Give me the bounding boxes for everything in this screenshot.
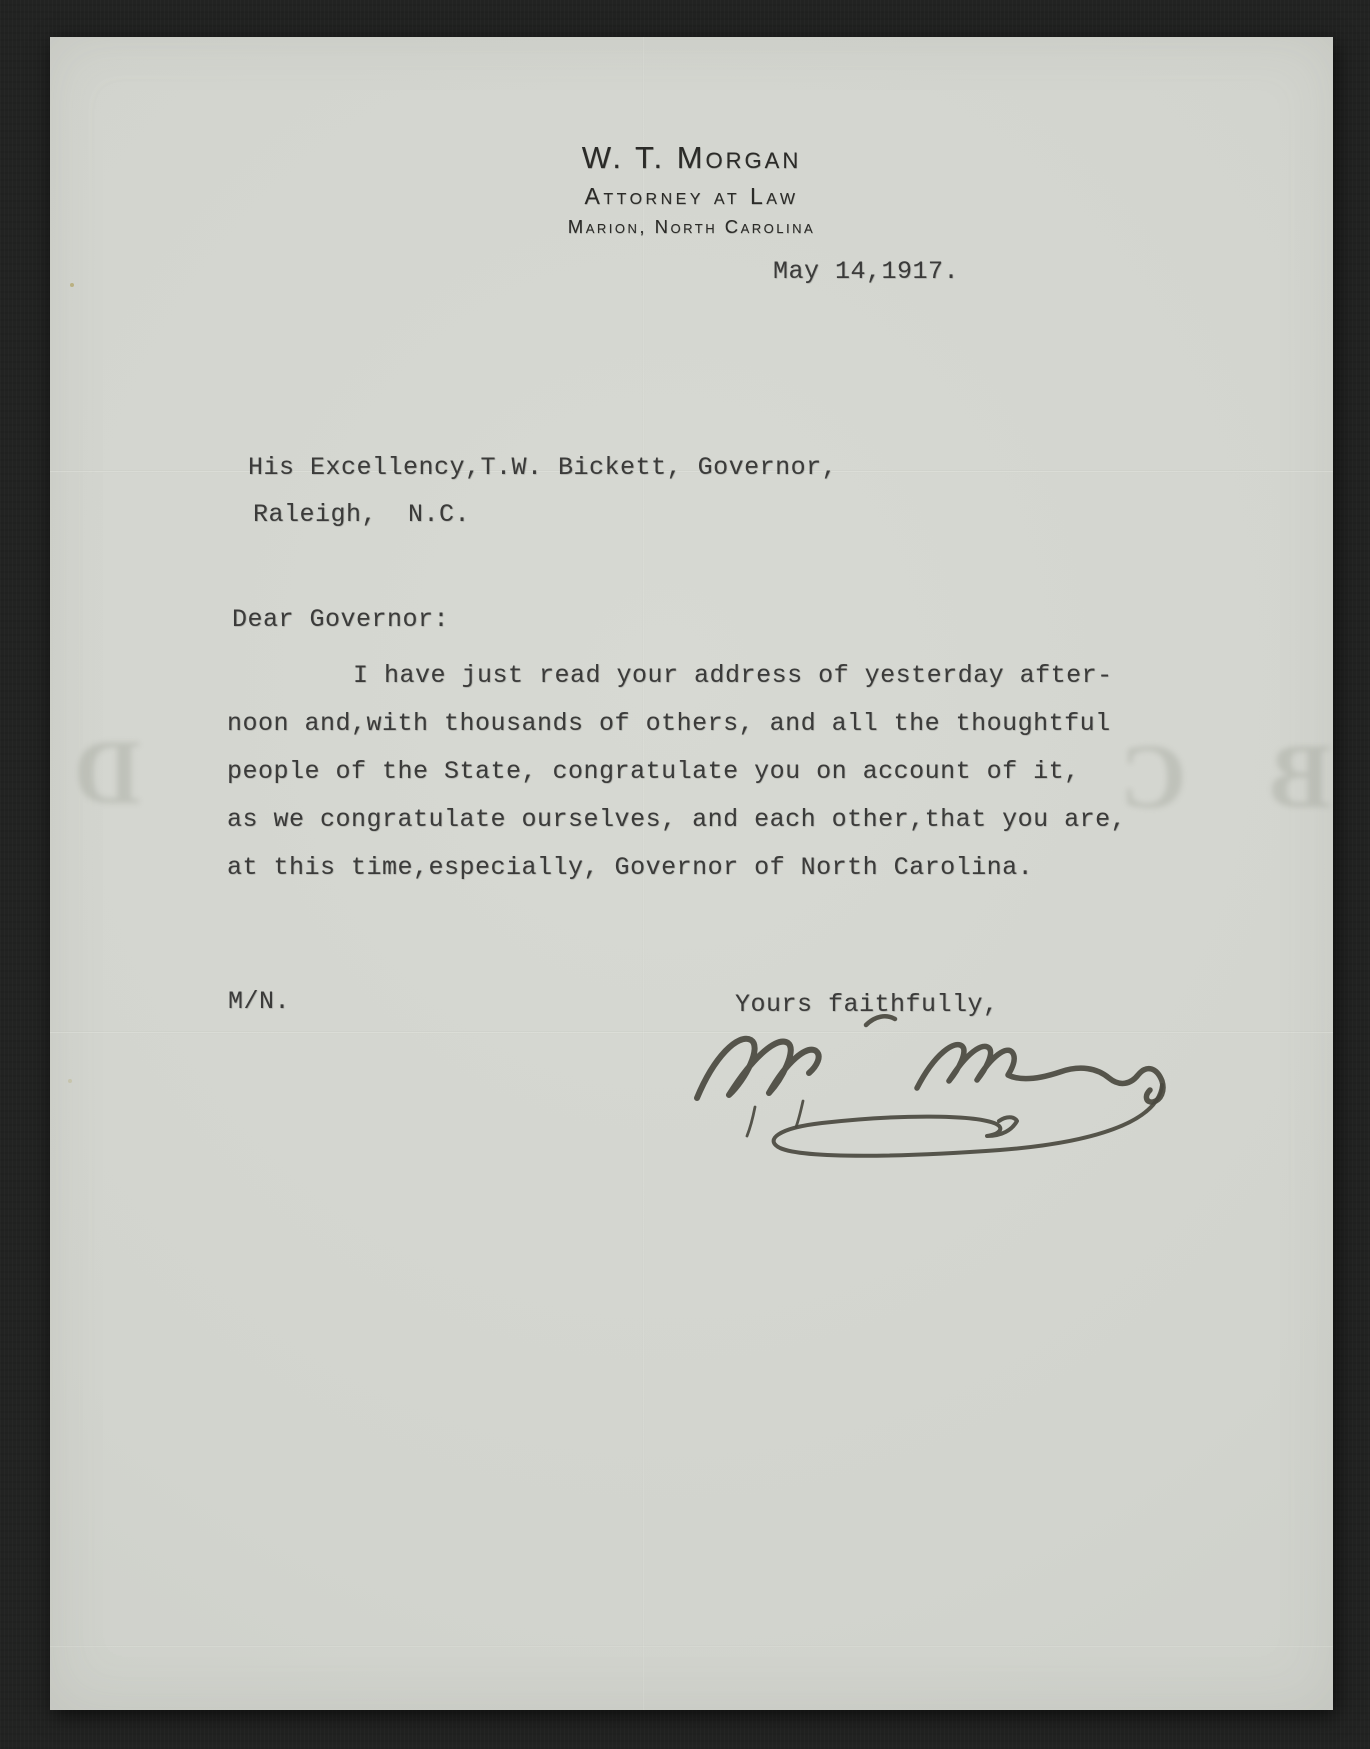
salutation: Dear Governor: xyxy=(232,605,449,634)
recipient-line-1: His Excellency,T.W. Bickett, Governor, xyxy=(248,453,837,482)
letterhead-name: W. T. Morgan xyxy=(50,140,1333,176)
show-through-ghost-left: D xyxy=(44,719,140,825)
fold-crease-horizontal-bottom xyxy=(50,1645,1333,1648)
body-line-2: noon and,with thousands of others, and a… xyxy=(227,709,1111,738)
letterhead-location: Marion, North Carolina xyxy=(50,216,1333,238)
scan-background: D B C W. T. Morgan Attorney at Law Mario… xyxy=(0,0,1370,1749)
body-line-4: as we congratulate ourselves, and each o… xyxy=(227,805,1126,834)
handwritten-signature xyxy=(670,985,1210,1215)
letterhead: W. T. Morgan Attorney at Law Marion, Nor… xyxy=(50,140,1333,238)
body-line-3: people of the State, congratulate you on… xyxy=(227,757,1080,786)
body-line-5: at this time,especially, Governor of Nor… xyxy=(227,853,1033,882)
paper-speck xyxy=(70,283,74,287)
reference-initials: M/N. xyxy=(228,987,290,1016)
letterhead-title: Attorney at Law xyxy=(50,183,1333,210)
date-line: May 14,1917. xyxy=(773,257,959,286)
letter-paper: D B C W. T. Morgan Attorney at Law Mario… xyxy=(50,37,1333,1710)
recipient-line-2: Raleigh, N.C. xyxy=(253,500,470,529)
body-line-1: I have just read your address of yesterd… xyxy=(227,661,1113,690)
paper-speck xyxy=(68,1079,72,1083)
